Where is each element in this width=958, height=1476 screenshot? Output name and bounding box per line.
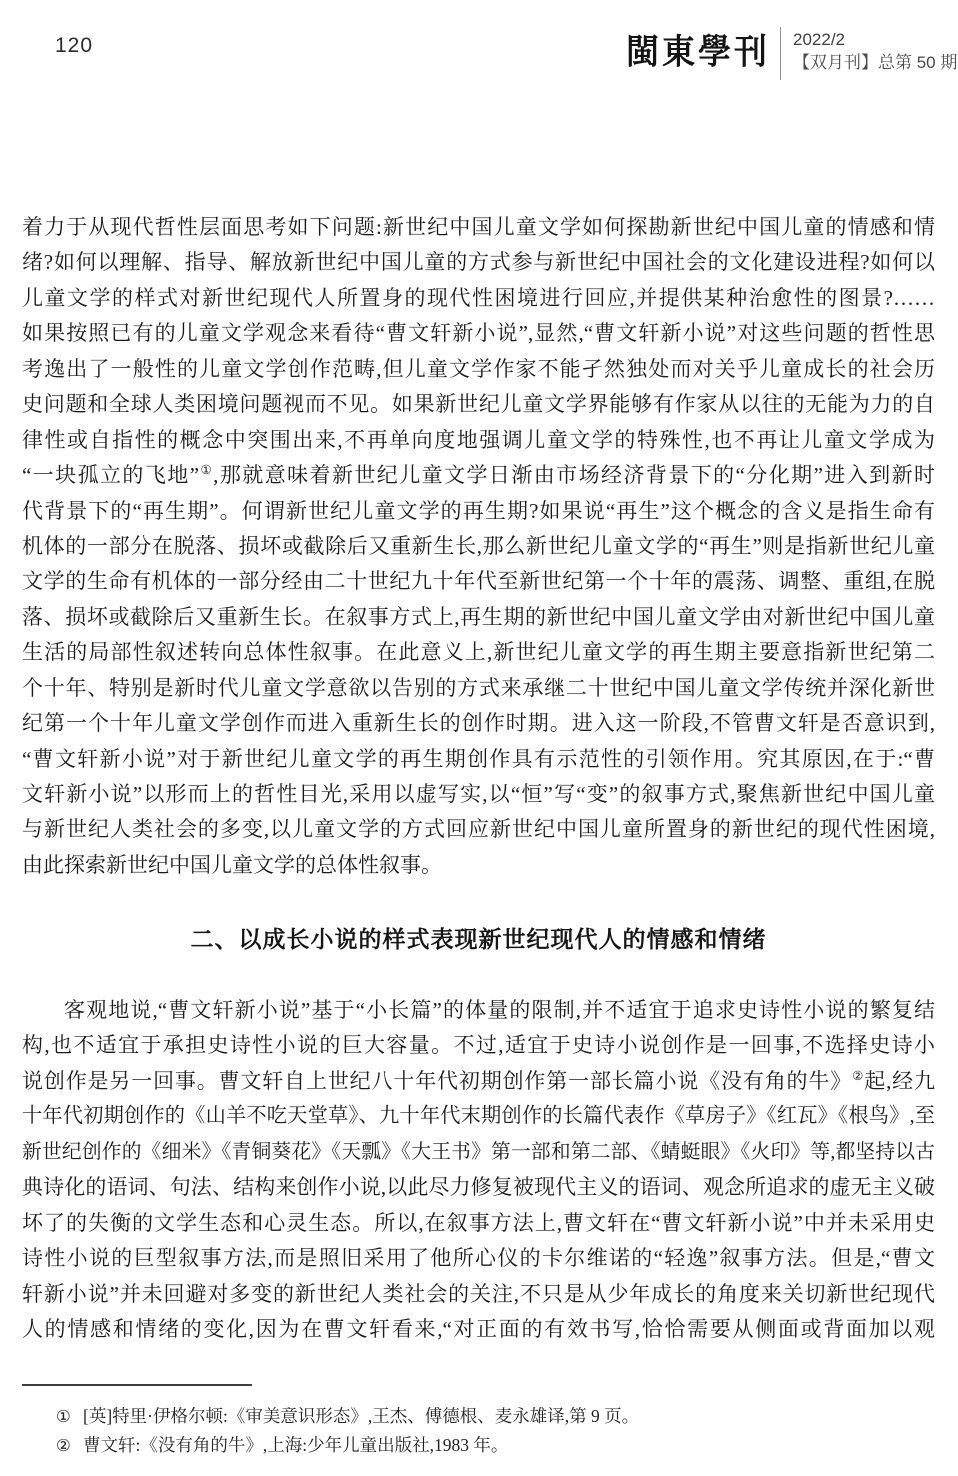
text-line: 如果按照已有的儿童文学观念来看待“曹文轩新小说”,显然,“曹文轩新小说”对这些问… bbox=[22, 316, 935, 351]
text-line: 构,也不适宜于承担史诗性小说的巨大容量。不过,适宜于史诗小说创作是一回事,不选择… bbox=[22, 1028, 935, 1063]
text-line: 落、损坏或截除后又重新生长。在叙事方式上,再生期的新世纪中国儿童文学由对新世纪中… bbox=[22, 600, 935, 635]
text-line: 由此探索新世纪中国儿童文学的总体性叙事。 bbox=[22, 848, 935, 883]
text-line: “曹文轩新小说”对于新世纪儿童文学的再生期创作具有示范性的引领作用。究其原因,在… bbox=[22, 742, 935, 777]
text-line: 诗性小说的巨型叙事方法,而是照旧采用了他所心仪的卡尔维诺的“轻逸”叙事方法。但是… bbox=[22, 1241, 935, 1276]
section-heading: 二、以成长小说的样式表现新世纪现代人的情感和情绪 bbox=[22, 921, 935, 957]
text-line: 客观地说,“曹文轩新小说”基于“小长篇”的体量的限制,并不适宜于追求史诗性小说的… bbox=[22, 993, 935, 1028]
text-line: 与新世纪人类社会的多变,以儿童文学的方式回应新世纪中国儿童所置身的新世纪的现代性… bbox=[22, 812, 935, 847]
text-line: 着力于从现代哲性层面思考如下问题:新世纪中国儿童文学如何探勘新世纪中国儿童的情感… bbox=[22, 210, 935, 245]
text-line: 个十年、特别是新时代儿童文学意欲以告别的方式来承继二十世纪中国儿童文学传统并深化… bbox=[22, 671, 935, 706]
text-line: 生活的局部性叙述转向总体性叙事。在此意义上,新世纪儿童文学的再生期主要意指新世纪… bbox=[22, 635, 935, 670]
journal-logo: 閩東學刊 bbox=[624, 25, 772, 74]
text-line: 文轩新小说”以形而上的哲性目光,采用以虚写实,以“恒”写“变”的叙事方式,聚焦新… bbox=[22, 777, 935, 812]
body-block-1: 着力于从现代哲性层面思考如下问题:新世纪中国儿童文学如何探勘新世纪中国儿童的情感… bbox=[22, 210, 935, 883]
text-line: 新世纪创作的《细米》《青铜葵花》《天瓢》《大王书》第一部和第二部、《蜻蜓眼》《火… bbox=[22, 1135, 935, 1170]
footnote-text: [英]特里·伊格尔顿:《审美意识形态》,王杰、傅德根、麦永雄译,第 9 页。 bbox=[83, 1402, 916, 1431]
issue-info: 2022/2 【双月刊】总第 50 期 bbox=[793, 28, 957, 74]
issue-volume: 【双月刊】总第 50 期 bbox=[793, 51, 957, 74]
footnote-marker: ② bbox=[56, 1432, 83, 1461]
issue-date: 2022/2 bbox=[793, 28, 957, 51]
footnote-marker: ① bbox=[56, 1403, 83, 1432]
footnote-list: ①[英]特里·伊格尔顿:《审美意识形态》,王杰、傅德根、麦永雄译,第 9 页。②… bbox=[56, 1402, 916, 1459]
body-block-2: 客观地说,“曹文轩新小说”基于“小长篇”的体量的限制,并不适宜于追求史诗性小说的… bbox=[22, 993, 935, 1347]
text-line: 文学的生命有机体的一部分经由二十世纪九十年代至新世纪第一个十年的震荡、调整、重组… bbox=[22, 564, 935, 599]
text-line: 人的情感和情绪的变化,因为在曹文轩看来,“对正面的有效书写,恰恰需要从侧面或背面… bbox=[22, 1312, 935, 1347]
footnote-ref: ① bbox=[199, 463, 213, 477]
text-line: 说创作是另一回事。曹文轩自上世纪八十年代初期创作第一部长篇小说《没有角的牛》②起… bbox=[22, 1064, 935, 1099]
footnote-divider bbox=[22, 1384, 252, 1386]
header-divider bbox=[780, 27, 781, 80]
text-line: 代背景下的“再生期”。何谓新世纪儿童文学的再生期?如果说“再生”这个概念的含义是… bbox=[22, 494, 935, 529]
text-line: 十年代初期创作的《山羊不吃天堂草》、九十年代末期创作的长篇代表作《草房子》《红瓦… bbox=[22, 1099, 935, 1134]
footnote-item: ②曹文轩:《没有角的牛》,上海:少年儿童出版社,1983 年。 bbox=[56, 1431, 916, 1460]
document-page: 120 閩東學刊 2022/2 【双月刊】总第 50 期 着力于从现代哲性层面思… bbox=[0, 0, 958, 1476]
footnote-ref: ② bbox=[852, 1069, 864, 1083]
text-line: 律性或自指性的概念中突围出来,不再单向度地强调儿童文学的特殊性,也不再让儿童文学… bbox=[22, 423, 935, 458]
text-line: 坏了的失衡的文学生态和心灵生态。所以,在叙事方法上,曹文轩在“曹文轩新小说”中并… bbox=[22, 1206, 935, 1241]
footnote-item: ①[英]特里·伊格尔顿:《审美意识形态》,王杰、傅德根、麦永雄译,第 9 页。 bbox=[56, 1402, 916, 1431]
text-line: 史问题和全球人类困境问题视而不见。如果新世纪儿童文学界能够有作家从以往的无能为力… bbox=[22, 387, 935, 422]
text-line: 典诗化的语词、句法、结构来创作小说,以此尽力修复被现代主义的语词、观念所追求的虚… bbox=[22, 1170, 935, 1205]
text-line: “一块孤立的飞地”①,那就意味着新世纪儿童文学日渐由市场经济背景下的“分化期”进… bbox=[22, 458, 935, 493]
page-number: 120 bbox=[55, 34, 93, 58]
text-line: 纪第一个十年儿童文学创作而进入重新生长的创作时期。进入这一阶段,不管曹文轩是否意… bbox=[22, 706, 935, 741]
text-line: 考逸出了一般性的儿童文学创作范畴,但儿童文学作家不能孑然独处而对关乎儿童成长的社… bbox=[22, 352, 935, 387]
text-line: 儿童文学的样式对新世纪现代人所置身的现代性困境进行回应,并提供某种治愈性的图景?… bbox=[22, 281, 935, 316]
text-line: 轩新小说”并未回避对多变的新世纪人类社会的关注,不只是从少年成长的角度来关切新世… bbox=[22, 1277, 935, 1312]
text-line: 机体的一部分在脱落、损坏或截除后又重新生长,那么新世纪儿童文学的“再生”则是指新… bbox=[22, 529, 935, 564]
text-line: 绪?如何以理解、指导、解放新世纪中国儿童的方式参与新世纪中国社会的文化建设进程?… bbox=[22, 245, 935, 280]
footnote-text: 曹文轩:《没有角的牛》,上海:少年儿童出版社,1983 年。 bbox=[83, 1431, 916, 1460]
